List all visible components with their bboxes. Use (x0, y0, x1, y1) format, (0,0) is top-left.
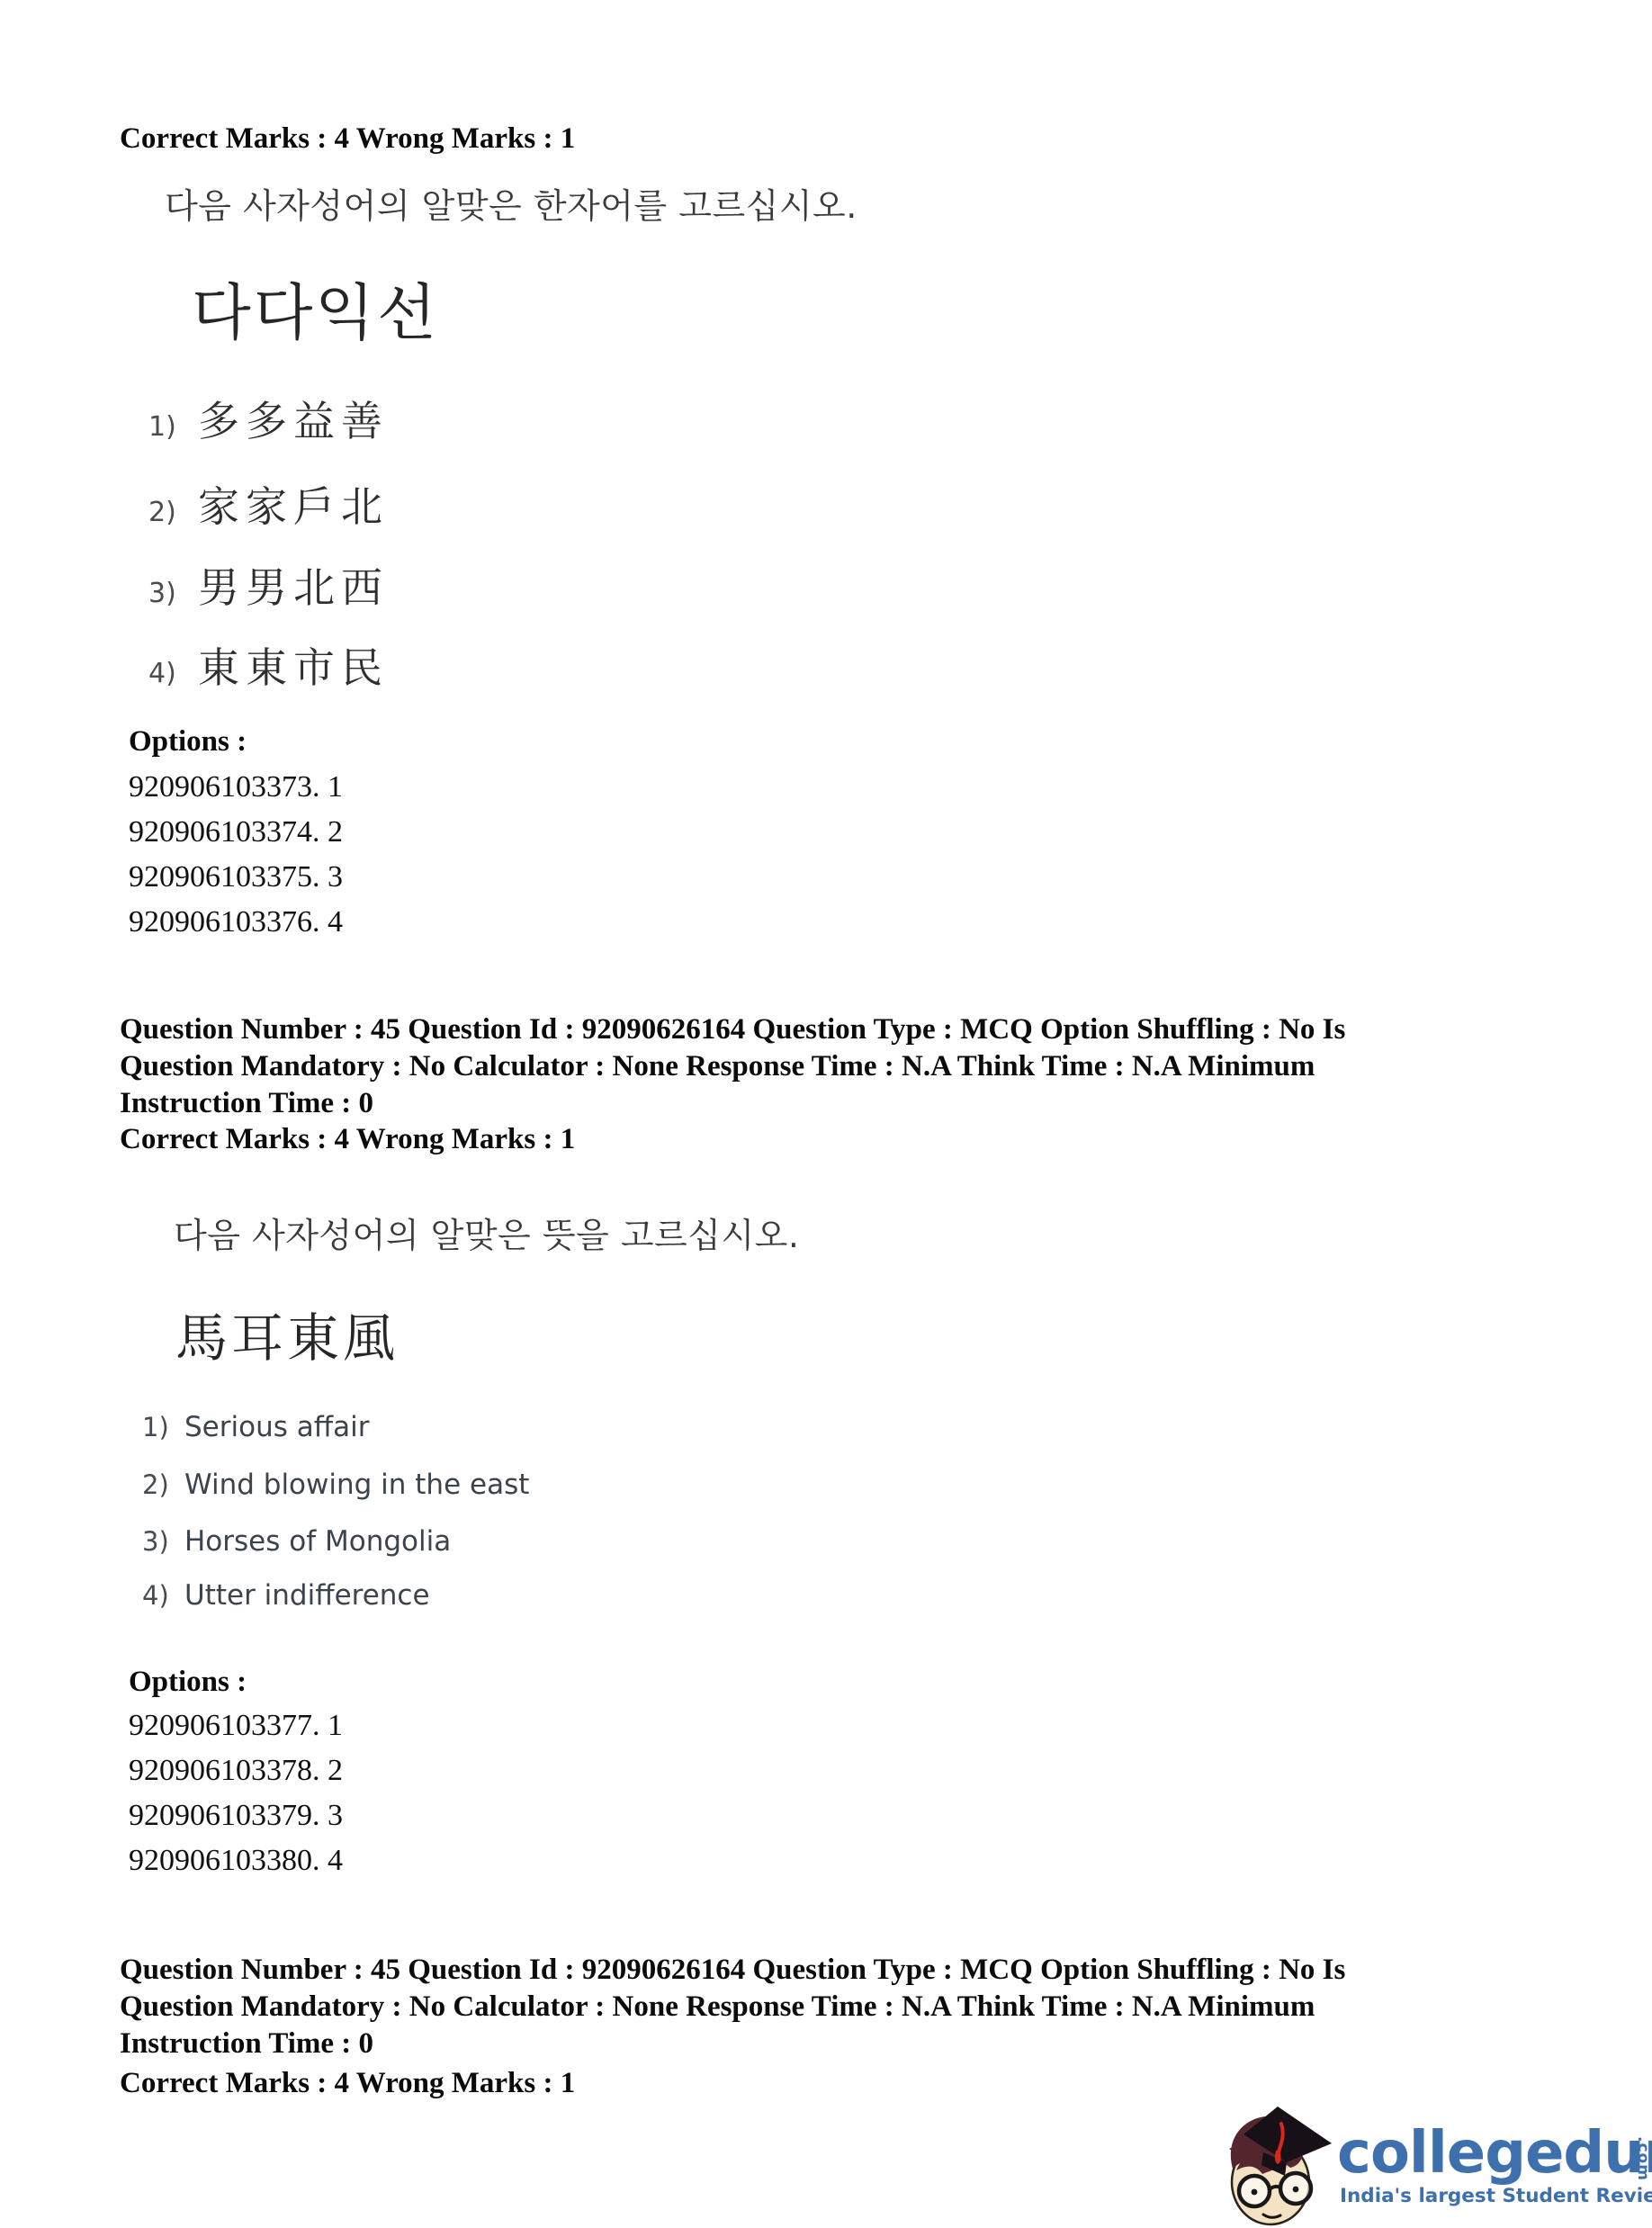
choice-text: Serious affair (184, 1411, 369, 1443)
option-id-list-1: 920906103373. 1 920906103374. 2 92090610… (129, 765, 343, 945)
question-1-phrase: 다다익선 (192, 265, 439, 352)
choice-text: 東東市民 (198, 635, 389, 695)
choice-row: 2) Wind blowing in the east (142, 1469, 529, 1501)
option-id: 920906103374. 2 (129, 810, 343, 855)
choice-number: 4) (142, 1580, 184, 1611)
option-id: 920906103376. 4 (129, 900, 343, 945)
choice-row: 3) Horses of Mongolia (142, 1525, 451, 1558)
choice-row: 1) 多多益善 (148, 389, 389, 448)
option-id: 920906103380. 4 (129, 1838, 343, 1883)
choice-number: 1) (142, 1412, 184, 1442)
options-label-2: Options : (129, 1666, 247, 1699)
choice-row: 3) 男男北西 (148, 555, 389, 615)
choice-row: 4) Utter indifference (142, 1579, 430, 1612)
metadata-line: Question Mandatory : No Calculator : Non… (120, 1989, 1541, 2026)
choice-row: 2) 家家戶北 (148, 474, 389, 534)
choice-number: 2) (148, 497, 198, 528)
choice-row: 4) 東東市民 (148, 635, 389, 695)
correct-marks-line-2: Correct Marks : 4 Wrong Marks : 1 (120, 1123, 575, 1156)
collegedunia-logo: collegedunia .com India's largest Studen… (1217, 2102, 1652, 2228)
choice-number: 2) (142, 1469, 184, 1500)
choice-number: 1) (148, 411, 198, 443)
choice-text: 男男北西 (198, 555, 389, 615)
option-id-list-2: 920906103377. 1 920906103378. 2 92090610… (129, 1703, 343, 1883)
choice-text: Wind blowing in the east (184, 1469, 529, 1501)
option-id: 920906103373. 1 (129, 765, 343, 810)
brand-tld: .com (1634, 2136, 1652, 2192)
choice-number: 3) (142, 1526, 184, 1557)
collegedunia-mascot-icon (1217, 2102, 1338, 2228)
option-id: 920906103377. 1 (129, 1703, 343, 1748)
metadata-line: Instruction Time : 0 (120, 2026, 1541, 2062)
metadata-line: Question Number : 45 Question Id : 92090… (120, 1952, 1541, 1989)
question-metadata-1: Question Number : 45 Question Id : 92090… (120, 1011, 1541, 1122)
exam-paper-page: Correct Marks : 4 Wrong Marks : 1 다음 사자성… (0, 0, 1652, 2228)
brand-tagline: India's largest Student Review Platform (1340, 2185, 1652, 2207)
choice-text: Utter indifference (184, 1579, 430, 1612)
question-45-phrase: 馬耳東風 (175, 1296, 399, 1371)
option-id: 920906103378. 2 (129, 1748, 343, 1793)
metadata-line: Question Mandatory : No Calculator : Non… (120, 1048, 1541, 1085)
option-id: 920906103375. 3 (129, 855, 343, 900)
correct-marks-line-3: Correct Marks : 4 Wrong Marks : 1 (120, 2067, 575, 2100)
choice-number: 4) (148, 658, 198, 689)
metadata-line: Question Number : 45 Question Id : 92090… (120, 1011, 1541, 1048)
metadata-line: Instruction Time : 0 (120, 1085, 1541, 1122)
choice-row: 1) Serious affair (142, 1411, 369, 1443)
question-45-instruction: 다음 사자성어의 알맞은 뜻을 고르십시오. (174, 1208, 799, 1257)
option-id: 920906103379. 3 (129, 1793, 343, 1838)
choice-text: 家家戶北 (198, 474, 389, 534)
choice-number: 3) (148, 578, 198, 609)
choice-text: 多多益善 (198, 389, 389, 448)
options-label-1: Options : (129, 725, 247, 759)
question-1-instruction: 다음 사자성어의 알맞은 한자어를 고르십시오. (165, 178, 857, 228)
choice-text: Horses of Mongolia (184, 1525, 451, 1558)
correct-marks-line-1: Correct Marks : 4 Wrong Marks : 1 (120, 122, 575, 156)
brand-name: collegedunia (1337, 2120, 1652, 2187)
question-metadata-2: Question Number : 45 Question Id : 92090… (120, 1952, 1541, 2062)
